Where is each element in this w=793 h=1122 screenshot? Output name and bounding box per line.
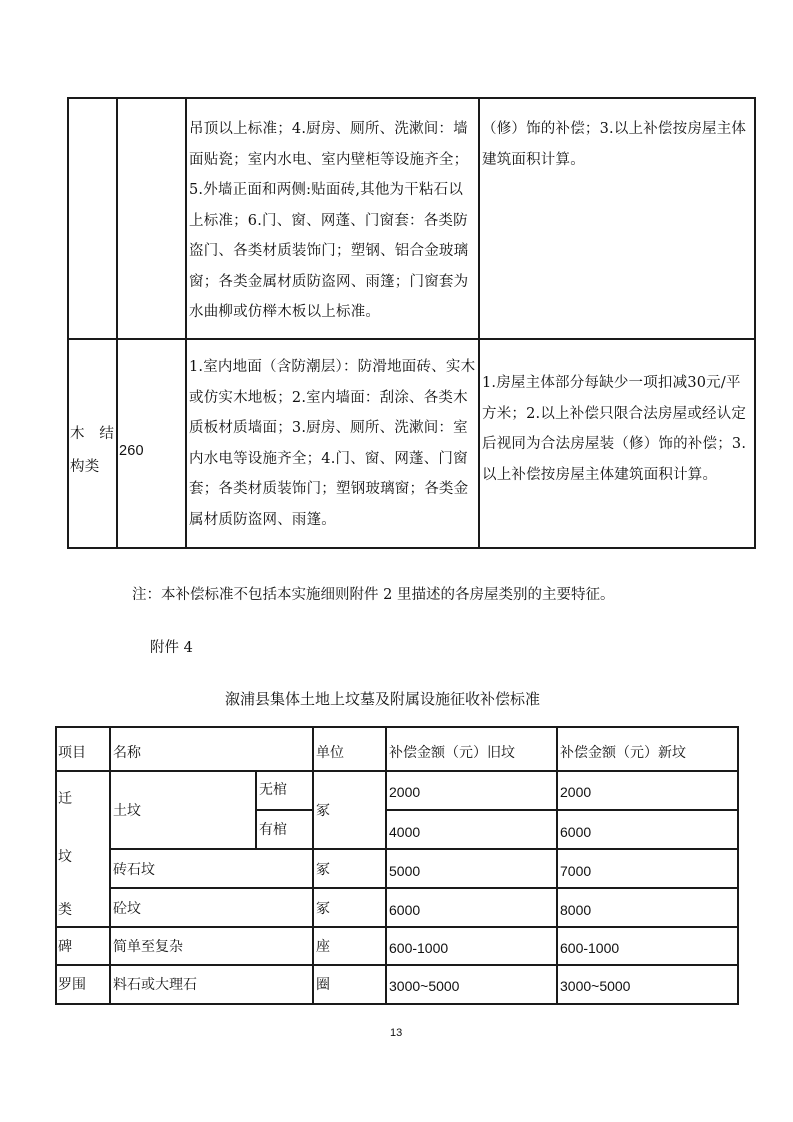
table2-sub-divider (255, 809, 313, 811)
table-footnote: 注：本补偿标准不包括本实施细则附件 2 里描述的各房屋类别的主要特征。 (132, 583, 614, 604)
appendix-label: 附件 4 (150, 636, 193, 657)
wood-category-line1: 木 结 (70, 419, 116, 450)
stele-new: 600-1000 (560, 939, 619, 957)
table2-left-border (55, 726, 57, 1005)
stele-item: 碑 (58, 938, 72, 956)
brick-grave-unit: 冢 (316, 861, 330, 879)
stele-old: 600-1000 (389, 939, 448, 957)
table2-top-border (55, 726, 738, 728)
table2-col-divider-unit (312, 726, 314, 1005)
stele-unit: 座 (316, 938, 330, 956)
header-name: 名称 (113, 744, 141, 762)
earth-grave-unit: 冢 (316, 802, 330, 820)
table2-header-divider (55, 770, 738, 772)
concrete-grave-unit: 冢 (316, 900, 330, 918)
table1-right-border (754, 97, 756, 549)
brick-grave-name: 砖石坟 (113, 861, 155, 879)
header-new-amount: 补偿金额（元）新坟 (560, 744, 686, 762)
table2-row-divider-5 (55, 926, 738, 928)
wood-remarks-cell: 1.房屋主体部分每缺少一项扣减30元/平方米；2.以上补偿只限合法房屋或经认定后… (482, 368, 754, 490)
earth-no-coffin-old: 2000 (389, 783, 420, 801)
header-item: 项目 (58, 744, 86, 762)
table1-left-border (67, 97, 69, 549)
table2-row-divider-3 (110, 848, 738, 850)
table2-right-border (737, 726, 739, 1005)
earth-no-coffin-new: 2000 (560, 783, 591, 801)
enclosure-old: 3000~5000 (389, 977, 459, 995)
stele-name: 简单至复杂 (113, 938, 183, 956)
relocation-label-char-2: 坟 (58, 848, 72, 866)
brick-grave-new: 7000 (560, 862, 591, 880)
table1-col-divider-3 (478, 97, 480, 549)
table1-row-divider (67, 338, 756, 340)
concrete-grave-old: 6000 (389, 901, 420, 919)
earth-grave-no-coffin: 无棺 (259, 781, 287, 799)
table1-col-divider-2 (185, 97, 187, 549)
earth-grave-with-coffin: 有棺 (259, 821, 287, 839)
continued-features-cell: 吊顶以上标准；4.厨房、厕所、洗漱间：墙面贴瓷；室内水电、室内壁柜等设施齐全；5… (189, 114, 477, 328)
relocation-label-char-3: 类 (58, 901, 72, 919)
concrete-grave-name: 砼坟 (113, 900, 141, 918)
header-old-amount: 补偿金额（元）旧坟 (389, 744, 515, 762)
table1-bottom-border (67, 547, 756, 549)
concrete-grave-new: 8000 (560, 901, 591, 919)
relocation-label-char-1: 迁 (58, 790, 72, 808)
table2-col-divider-item (109, 726, 111, 1005)
brick-grave-old: 5000 (389, 862, 420, 880)
table2-col-divider-new (556, 726, 558, 1005)
table1-top-border (67, 97, 756, 99)
enclosure-name: 料石或大理石 (113, 976, 197, 994)
table2-title: 溆浦县集体土地上坟墓及附属设施征收补偿标准 (225, 688, 540, 709)
table2-col-divider-old (385, 726, 387, 1005)
page-number: 13 (390, 1027, 402, 1039)
wood-category-line2: 构类 (70, 452, 116, 483)
header-unit: 单位 (316, 744, 344, 762)
table2-col-divider-sub (255, 770, 257, 849)
earth-grave-name: 土坟 (113, 802, 141, 820)
wood-price-cell: 260 (119, 436, 179, 467)
earth-with-coffin-new: 6000 (560, 823, 591, 841)
table2-bottom-border (55, 1003, 738, 1005)
table2-row-divider-4 (110, 887, 738, 889)
table1-col-divider-1 (116, 97, 118, 549)
earth-with-coffin-old: 4000 (389, 823, 420, 841)
table2-row-divider-6 (55, 964, 738, 966)
table2-sub-divider-amounts (386, 809, 738, 811)
wood-features-cell: 1.室内地面（含防潮层）：防滑地面砖、实木或仿实木地板；2.室内墙面：刮涂、各类… (189, 352, 477, 535)
enclosure-unit: 圈 (316, 976, 330, 994)
enclosure-new: 3000~5000 (560, 977, 630, 995)
continued-remarks-cell: （修）饰的补偿；3.以上补偿按房屋主体建筑面积计算。 (482, 114, 754, 175)
enclosure-item: 罗围 (58, 976, 86, 994)
